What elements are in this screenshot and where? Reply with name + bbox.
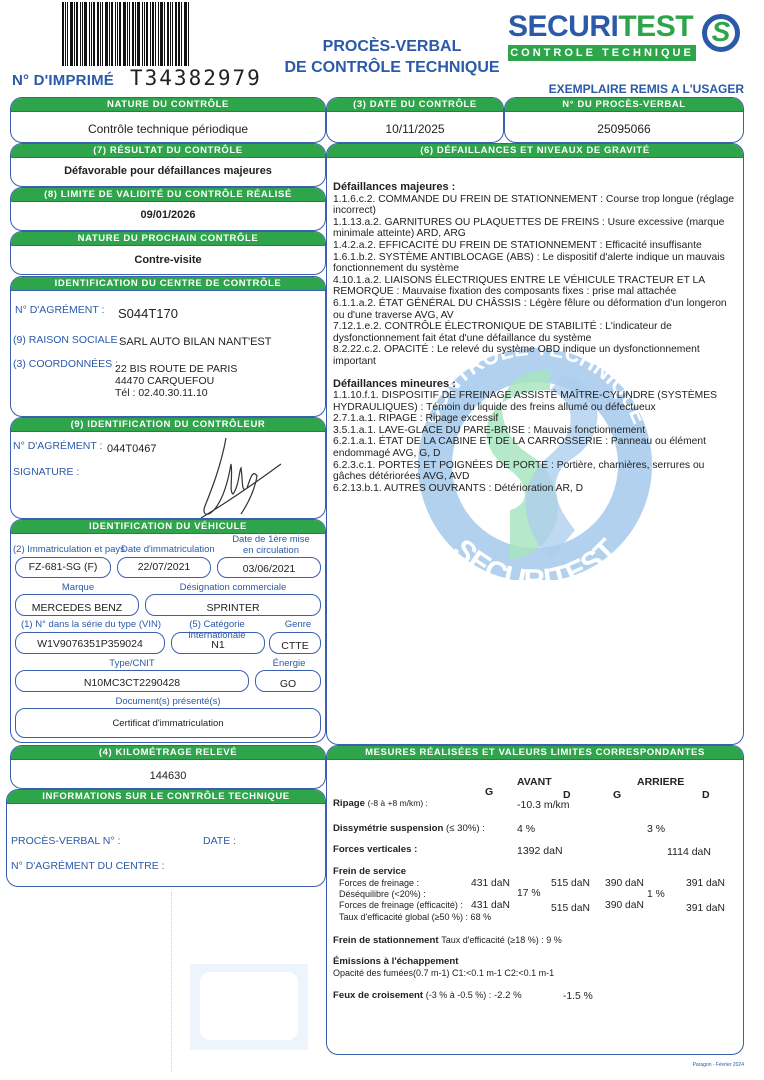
prochain-controle-box: NATURE DU PROCHAIN CONTRÔLE Contre-visit… xyxy=(10,231,326,275)
dissymetrie-avant: 4 % xyxy=(517,823,535,835)
address-line-2: 44470 CARQUEFOU xyxy=(115,375,237,387)
date-mise-field: 03/06/2021 xyxy=(217,557,321,578)
defaillances-heading: (6) DÉFAILLANCES ET NIVEAUX DE GRAVITÉ xyxy=(327,144,743,158)
securitest-logo: SECURITEST CONTROLE TECHNIQUE xyxy=(508,12,744,62)
forces-efficacite-avant-g: 431 daN xyxy=(471,900,510,911)
pv-numero-label: PROCÈS-VERBAL N° : xyxy=(11,835,120,847)
defaillance-majeure-item: 1.6.1.b.2. SYSTÈME ANTIBLOCAGE (ABS) : L… xyxy=(333,252,735,275)
document-title: PROCÈS-VERBAL DE CONTRÔLE TECHNIQUE xyxy=(282,36,502,78)
limite-validite-heading: (8) LIMITE DE VALIDITÉ DU CONTRÔLE RÉALI… xyxy=(11,188,325,202)
designation-label: Désignation commerciale xyxy=(145,582,321,593)
numero-pv-box: N° DU PROCÈS-VERBAL 25095066 xyxy=(504,97,744,143)
opacite-value: Opacité des fumées(0.7 m-1) C1:<0.1 m-1 … xyxy=(333,968,554,978)
forces-freinage-arriere-g: 390 daN xyxy=(605,878,644,889)
signature-label: SIGNATURE : xyxy=(13,466,79,478)
exemplaire-label: EXEMPLAIRE REMIS A L'USAGER xyxy=(540,82,744,96)
logo-tagline: CONTROLE TECHNIQUE xyxy=(508,45,696,61)
date-controle-heading: (3) DATE DU CONTRÔLE xyxy=(327,98,503,112)
majeures-title: Défaillances majeures : xyxy=(333,182,735,194)
stamp-area xyxy=(190,964,308,1050)
coordonnees-label: (3) COORDONNÉES : xyxy=(13,358,118,370)
energie-field: GO xyxy=(255,670,321,692)
emissions-label: Émissions à l'échappement xyxy=(333,956,458,967)
defaillance-mineure-item: 1.1.10.f.1. DISPOSITIF DE FREINAGE ASSIS… xyxy=(333,390,735,413)
documents-field: Certificat d'immatriculation xyxy=(15,708,321,738)
defaillances-list: Défaillances majeures : 1.1.6.c.2. COMMA… xyxy=(333,182,735,494)
kilometrage-heading: (4) KILOMÉTRAGE RELEVÉ xyxy=(11,746,325,760)
marque-label: Marque xyxy=(15,582,141,593)
desequilibre-arriere: 1 % xyxy=(647,889,665,900)
kilometrage-value: 144630 xyxy=(11,770,325,782)
resultat-box: (7) RÉSULTAT DU CONTRÔLE Défavorable pou… xyxy=(10,143,326,187)
raison-sociale-label: (9) RAISON SOCIALE : xyxy=(13,334,123,346)
dissymetrie-arriere: 3 % xyxy=(647,823,665,835)
forces-efficacite-avant-d: 515 daN xyxy=(551,903,590,914)
imprime-number: T34382979 xyxy=(130,66,262,90)
defaillance-majeure-item: 1.4.2.a.2. EFFICACITÉ DU FREIN DE STATIO… xyxy=(333,240,735,252)
arriere-header: ARRIERE xyxy=(637,776,684,788)
signature-image xyxy=(181,436,291,519)
centre-controle-heading: IDENTIFICATION DU CENTRE DE CONTRÔLE xyxy=(11,277,325,291)
controleur-heading: (9) IDENTIFICATION DU CONTRÔLEUR xyxy=(11,418,325,432)
numero-pv-heading: N° DU PROCÈS-VERBAL xyxy=(505,98,743,112)
avant-header: AVANT xyxy=(517,776,552,788)
kilometrage-box: (4) KILOMÉTRAGE RELEVÉ 144630 xyxy=(10,745,326,789)
footer-printer: Paragon - Février 2024 xyxy=(693,1062,744,1068)
defaillance-majeure-item: 8.2.22.c.2. OPACITÉ : Le relevé du systè… xyxy=(333,344,735,367)
forces-verticales-avant: 1392 daN xyxy=(517,845,563,857)
mesures-heading: MESURES RÉALISÉES ET VALEURS LIMITES COR… xyxy=(327,746,743,760)
resultat-value: Défavorable pour défaillances majeures xyxy=(11,165,325,177)
ripage-row: Ripage (-8 à +8 m/km) : xyxy=(333,798,428,809)
limite-validite-value: 09/01/2026 xyxy=(11,209,325,221)
desequilibre-avant: 17 % xyxy=(517,888,540,899)
designation-field: SPRINTER xyxy=(145,594,321,616)
forces-freinage-arriere-d: 391 daN xyxy=(686,878,725,889)
desequilibre-label: Déséquilibre (<20%) : xyxy=(339,889,426,899)
forces-freinage-label: Forces de freinage : xyxy=(339,878,419,888)
documents-label: Document(s) présenté(s) xyxy=(15,696,321,707)
vin-label: (1) N° dans la série du type (VIN) xyxy=(15,619,167,630)
centre-agrement-value: S044T170 xyxy=(118,306,178,321)
nature-controle-value: Contrôle technique périodique xyxy=(11,122,325,136)
ripage-value: -10.3 m/km xyxy=(517,799,570,811)
forces-verticales-arriere: 1114 daN xyxy=(667,846,711,858)
date-controle-box: (3) DATE DU CONTRÔLE 10/11/2025 xyxy=(326,97,504,143)
vehicule-heading: IDENTIFICATION DU VÉHICULE xyxy=(11,520,325,534)
prochain-controle-heading: NATURE DU PROCHAIN CONTRÔLE xyxy=(11,232,325,246)
immat-label: (2) Immatriculation et pays xyxy=(13,544,125,555)
centre-controle-box: IDENTIFICATION DU CENTRE DE CONTRÔLE N° … xyxy=(10,276,326,417)
genre-label: Genre xyxy=(273,619,323,630)
date-immat-label: Date d'immatriculation xyxy=(121,544,215,555)
resultat-heading: (7) RÉSULTAT DU CONTRÔLE xyxy=(11,144,325,158)
arriere-g-header: G xyxy=(613,789,621,801)
controleur-agrement-value: 044T0467 xyxy=(107,443,157,455)
agrement-centre-label: N° D'AGRÉMENT DU CENTRE : xyxy=(11,860,165,872)
forces-efficacite-arriere-d: 391 daN xyxy=(686,903,725,914)
mineures-title: Défaillances mineures : xyxy=(333,379,735,391)
defaillance-mineure-item: 6.2.1.a.1. ÉTAT DE LA CABINE ET DE LA CA… xyxy=(333,436,735,459)
address-line-1: 22 BIS ROUTE DE PARIS xyxy=(115,363,237,375)
energie-label: Énergie xyxy=(257,658,321,669)
nature-controle-heading: NATURE DU CONTRÔLE xyxy=(11,98,325,112)
vin-field: W1V9076351P359024 xyxy=(15,632,165,654)
dissymetrie-row: Dissymétrie suspension (≤ 30%) : xyxy=(333,823,485,834)
forces-efficacite-label: Forces de freinage (efficacité) : xyxy=(339,900,463,910)
defaillance-mineure-item: 3.5.1.a.1. LAVE-GLACE DU PARE-BRISE : Ma… xyxy=(333,425,735,437)
forces-verticales-label: Forces verticales : xyxy=(333,844,417,855)
raison-sociale-value: SARL AUTO BILAN NANT'EST xyxy=(119,336,271,348)
defaillance-mineure-item: 6.2.3.c.1. PORTES ET POIGNÉES DE PORTE :… xyxy=(333,460,735,483)
coordonnees-value: 22 BIS ROUTE DE PARIS 44470 CARQUEFOU Té… xyxy=(115,363,237,399)
defaillances-box: (6) DÉFAILLANCES ET NIVEAUX DE GRAVITÉ D… xyxy=(326,143,744,745)
centre-agrement-label: N° D'AGRÉMENT : xyxy=(15,304,104,316)
immat-field: FZ-681-SG (F) xyxy=(15,557,111,578)
infos-defavorable-box: INFORMATIONS SUR LE CONTRÔLE TECHNIQUE D… xyxy=(6,789,326,887)
barcode xyxy=(62,2,190,66)
infos-defavorable-heading: INFORMATIONS SUR LE CONTRÔLE TECHNIQUE D… xyxy=(7,790,325,804)
defaillance-majeure-item: 1.1.6.c.2. COMMANDE DU FREIN DE STATIONN… xyxy=(333,194,735,217)
securitest-s-icon xyxy=(702,14,740,52)
date-immat-field: 22/07/2021 xyxy=(117,557,211,578)
logo-wordmark: SECURITEST xyxy=(508,10,693,44)
forces-efficacite-arriere-g: 390 daN xyxy=(605,900,644,911)
title-line-2: DE CONTRÔLE TECHNIQUE xyxy=(282,57,502,78)
frein-service-label: Frein de service xyxy=(333,866,406,877)
controleur-box: (9) IDENTIFICATION DU CONTRÔLEUR N° D'AG… xyxy=(10,417,326,519)
feux-d: -1.5 % xyxy=(563,991,593,1002)
marque-field: MERCEDES BENZ xyxy=(15,594,139,616)
defaillance-majeure-item: 7.12.1.e.2. CONTRÔLE ÉLECTRONIQUE DE STA… xyxy=(333,321,735,344)
date-mise-label: Date de 1ère mise en circulation xyxy=(221,534,321,556)
defaillance-majeure-item: 6.1.1.a.2. ÉTAT GÉNÉRAL DU CHÂSSIS : Lég… xyxy=(333,298,735,321)
defaillance-majeure-item: 4.10.1.a.2. LIAISONS ÉLECTRIQUES ENTRE L… xyxy=(333,275,735,298)
arriere-d-header: D xyxy=(702,789,710,801)
feux-row: Feux de croisement (-3 % à -0.5 %) : -2.… xyxy=(333,990,522,1001)
defaillance-majeure-item: 1.1.13.a.2. GARNITURES OU PLAQUETTES DE … xyxy=(333,217,735,240)
date-label: DATE : xyxy=(203,835,236,847)
controleur-agrement-label: N° D'AGRÉMENT : xyxy=(13,440,102,452)
prochain-controle-value: Contre-visite xyxy=(11,254,325,266)
forces-freinage-avant-d: 515 daN xyxy=(551,878,590,889)
date-controle-value: 10/11/2025 xyxy=(327,122,503,136)
defaillance-mineure-item: 6.2.13.b.1. AUTRES OUVRANTS : Détériorat… xyxy=(333,483,735,495)
numero-pv-value: 25095066 xyxy=(505,122,743,136)
genre-field: CTTE xyxy=(269,632,321,654)
vehicule-box: IDENTIFICATION DU VÉHICULE (2) Immatricu… xyxy=(10,519,326,743)
mesures-box: MESURES RÉALISÉES ET VALEURS LIMITES COR… xyxy=(326,745,744,1055)
nature-controle-box: NATURE DU CONTRÔLE Contrôle technique pé… xyxy=(10,97,326,143)
limite-validite-box: (8) LIMITE DE VALIDITÉ DU CONTRÔLE RÉALI… xyxy=(10,187,326,231)
type-label: Type/CNIT xyxy=(15,658,249,669)
type-field: N10MC3CT2290428 xyxy=(15,670,249,692)
forces-freinage-avant-g: 431 daN xyxy=(471,878,510,889)
avant-g-header: G xyxy=(485,786,493,798)
imprime-label: N° D'IMPRIMÉ xyxy=(12,72,114,89)
phone: Tél : 02.40.30.11.10 xyxy=(115,387,237,399)
frein-stationnement-row: Frein de stationnement Taux d'efficacité… xyxy=(333,935,562,946)
categorie-field: N1 xyxy=(171,632,265,654)
fold-line xyxy=(171,892,172,1072)
title-line-1: PROCÈS-VERBAL xyxy=(282,36,502,57)
defaillance-mineure-item: 2.7.1.a.1. RIPAGE : Ripage excessif xyxy=(333,413,735,425)
taux-global: Taux d'efficacité global (≥50 %) : 68 % xyxy=(339,912,491,922)
